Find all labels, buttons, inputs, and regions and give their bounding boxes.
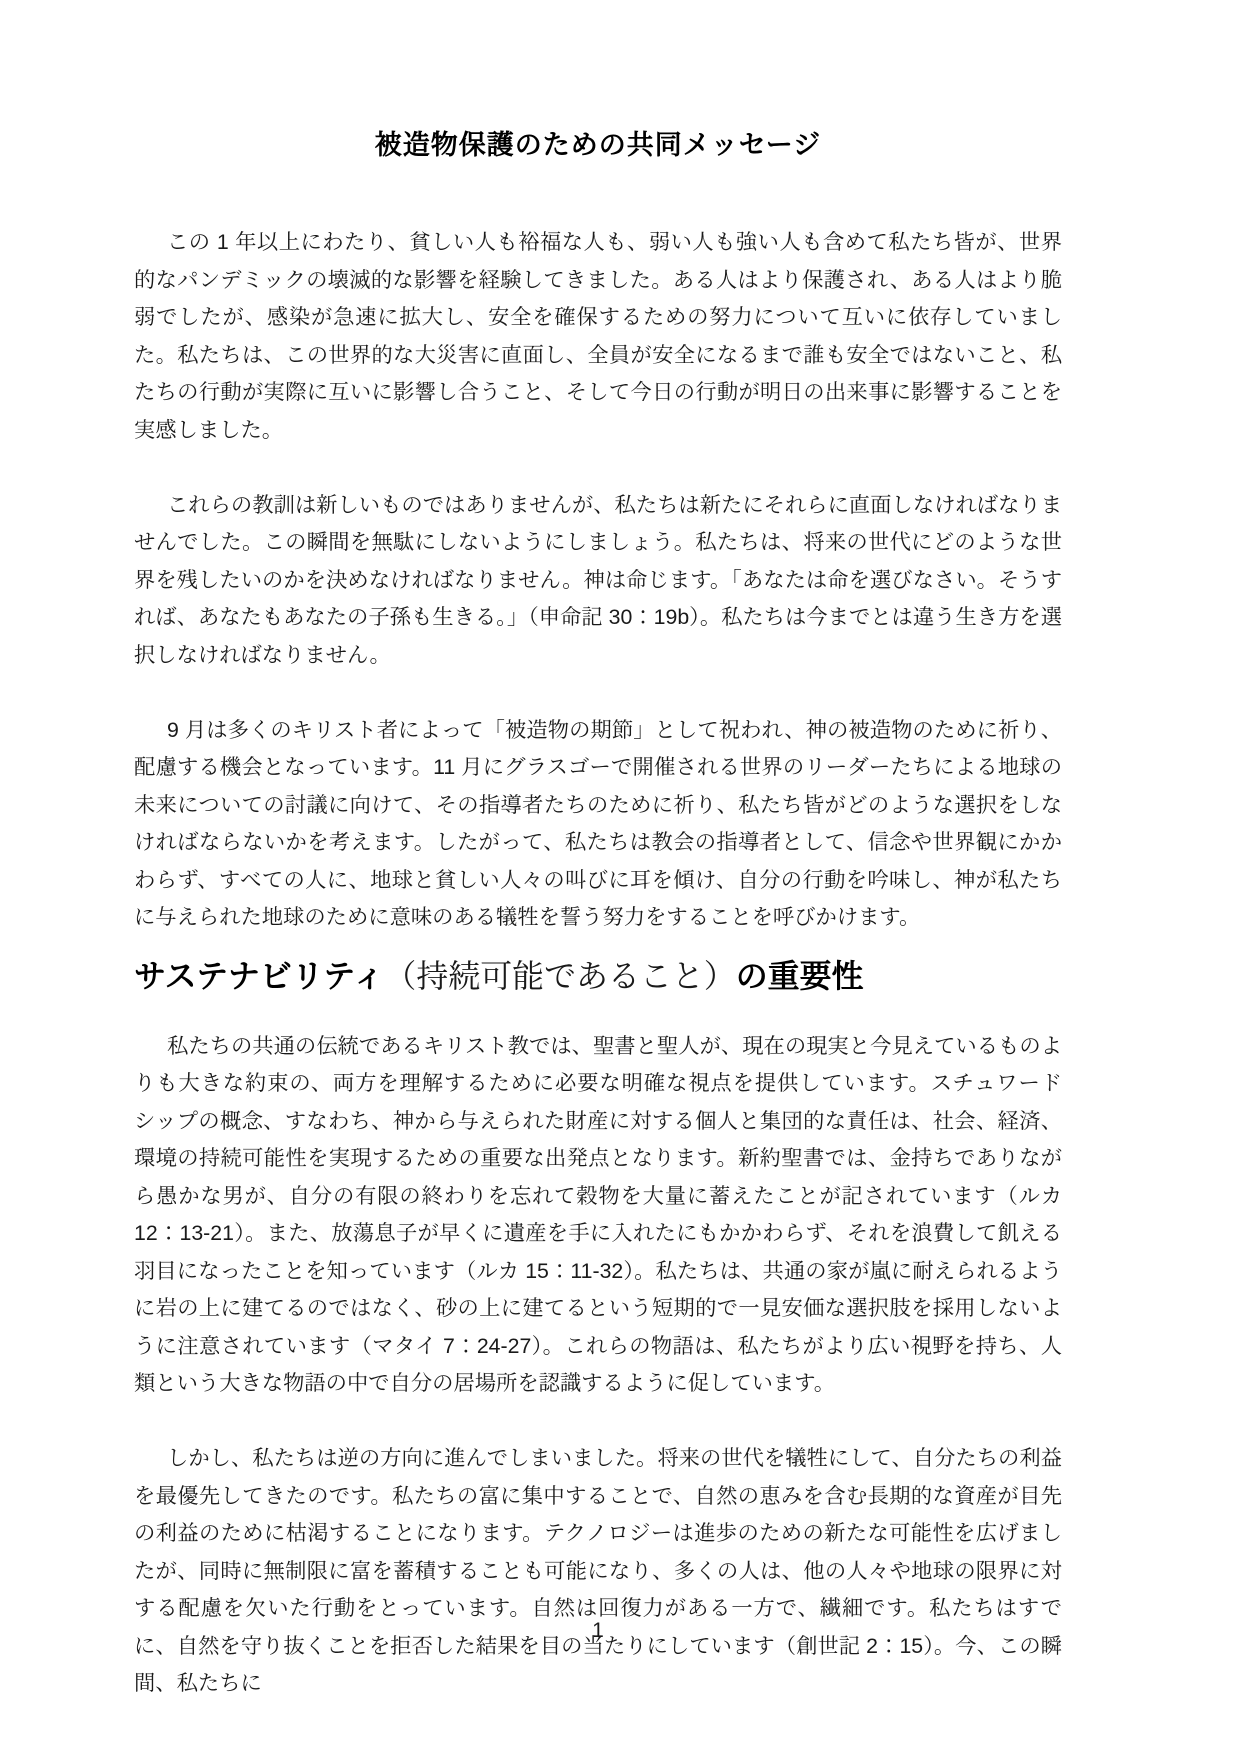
paragraph-wrong-direction: しかし、私たちは逆の方向に進んでしまいました。将来の世代を犠牲にして、自分たちの…	[134, 1440, 1062, 1703]
document-title: 被造物保護のための共同メッセージ	[134, 122, 1062, 168]
heading-gloss: （持続可能であること）	[384, 958, 735, 994]
paragraph-stewardship-scripture: 私たちの共通の伝統であるキリスト教では、聖書と聖人が、現在の現実と今見えているも…	[134, 1028, 1062, 1403]
paragraph-lessons-choose-life: これらの教訓は新しいものではありませんが、私たちは新たにそれらに直面しなければな…	[134, 487, 1062, 675]
paragraph-pandemic-experience: この 1 年以上にわたり、貧しい人も裕福な人も、弱い人も強い人も含めて私たち皆が…	[134, 224, 1062, 449]
heading-suffix: の重要性	[736, 958, 864, 994]
paragraph-season-of-creation: 9 月は多くのキリスト者によって「被造物の期節」として祝われ、神の被造物のために…	[134, 712, 1062, 937]
section-heading-sustainability: サステナビリティ（持続可能であること）の重要性	[134, 958, 1062, 996]
heading-term: サステナビリティ	[134, 958, 384, 994]
document-page: 被造物保護のための共同メッセージ この 1 年以上にわたり、貧しい人も裕福な人も…	[0, 0, 1240, 1755]
page-footer: 1	[134, 1612, 1062, 1650]
page-number: 1	[592, 1619, 604, 1642]
